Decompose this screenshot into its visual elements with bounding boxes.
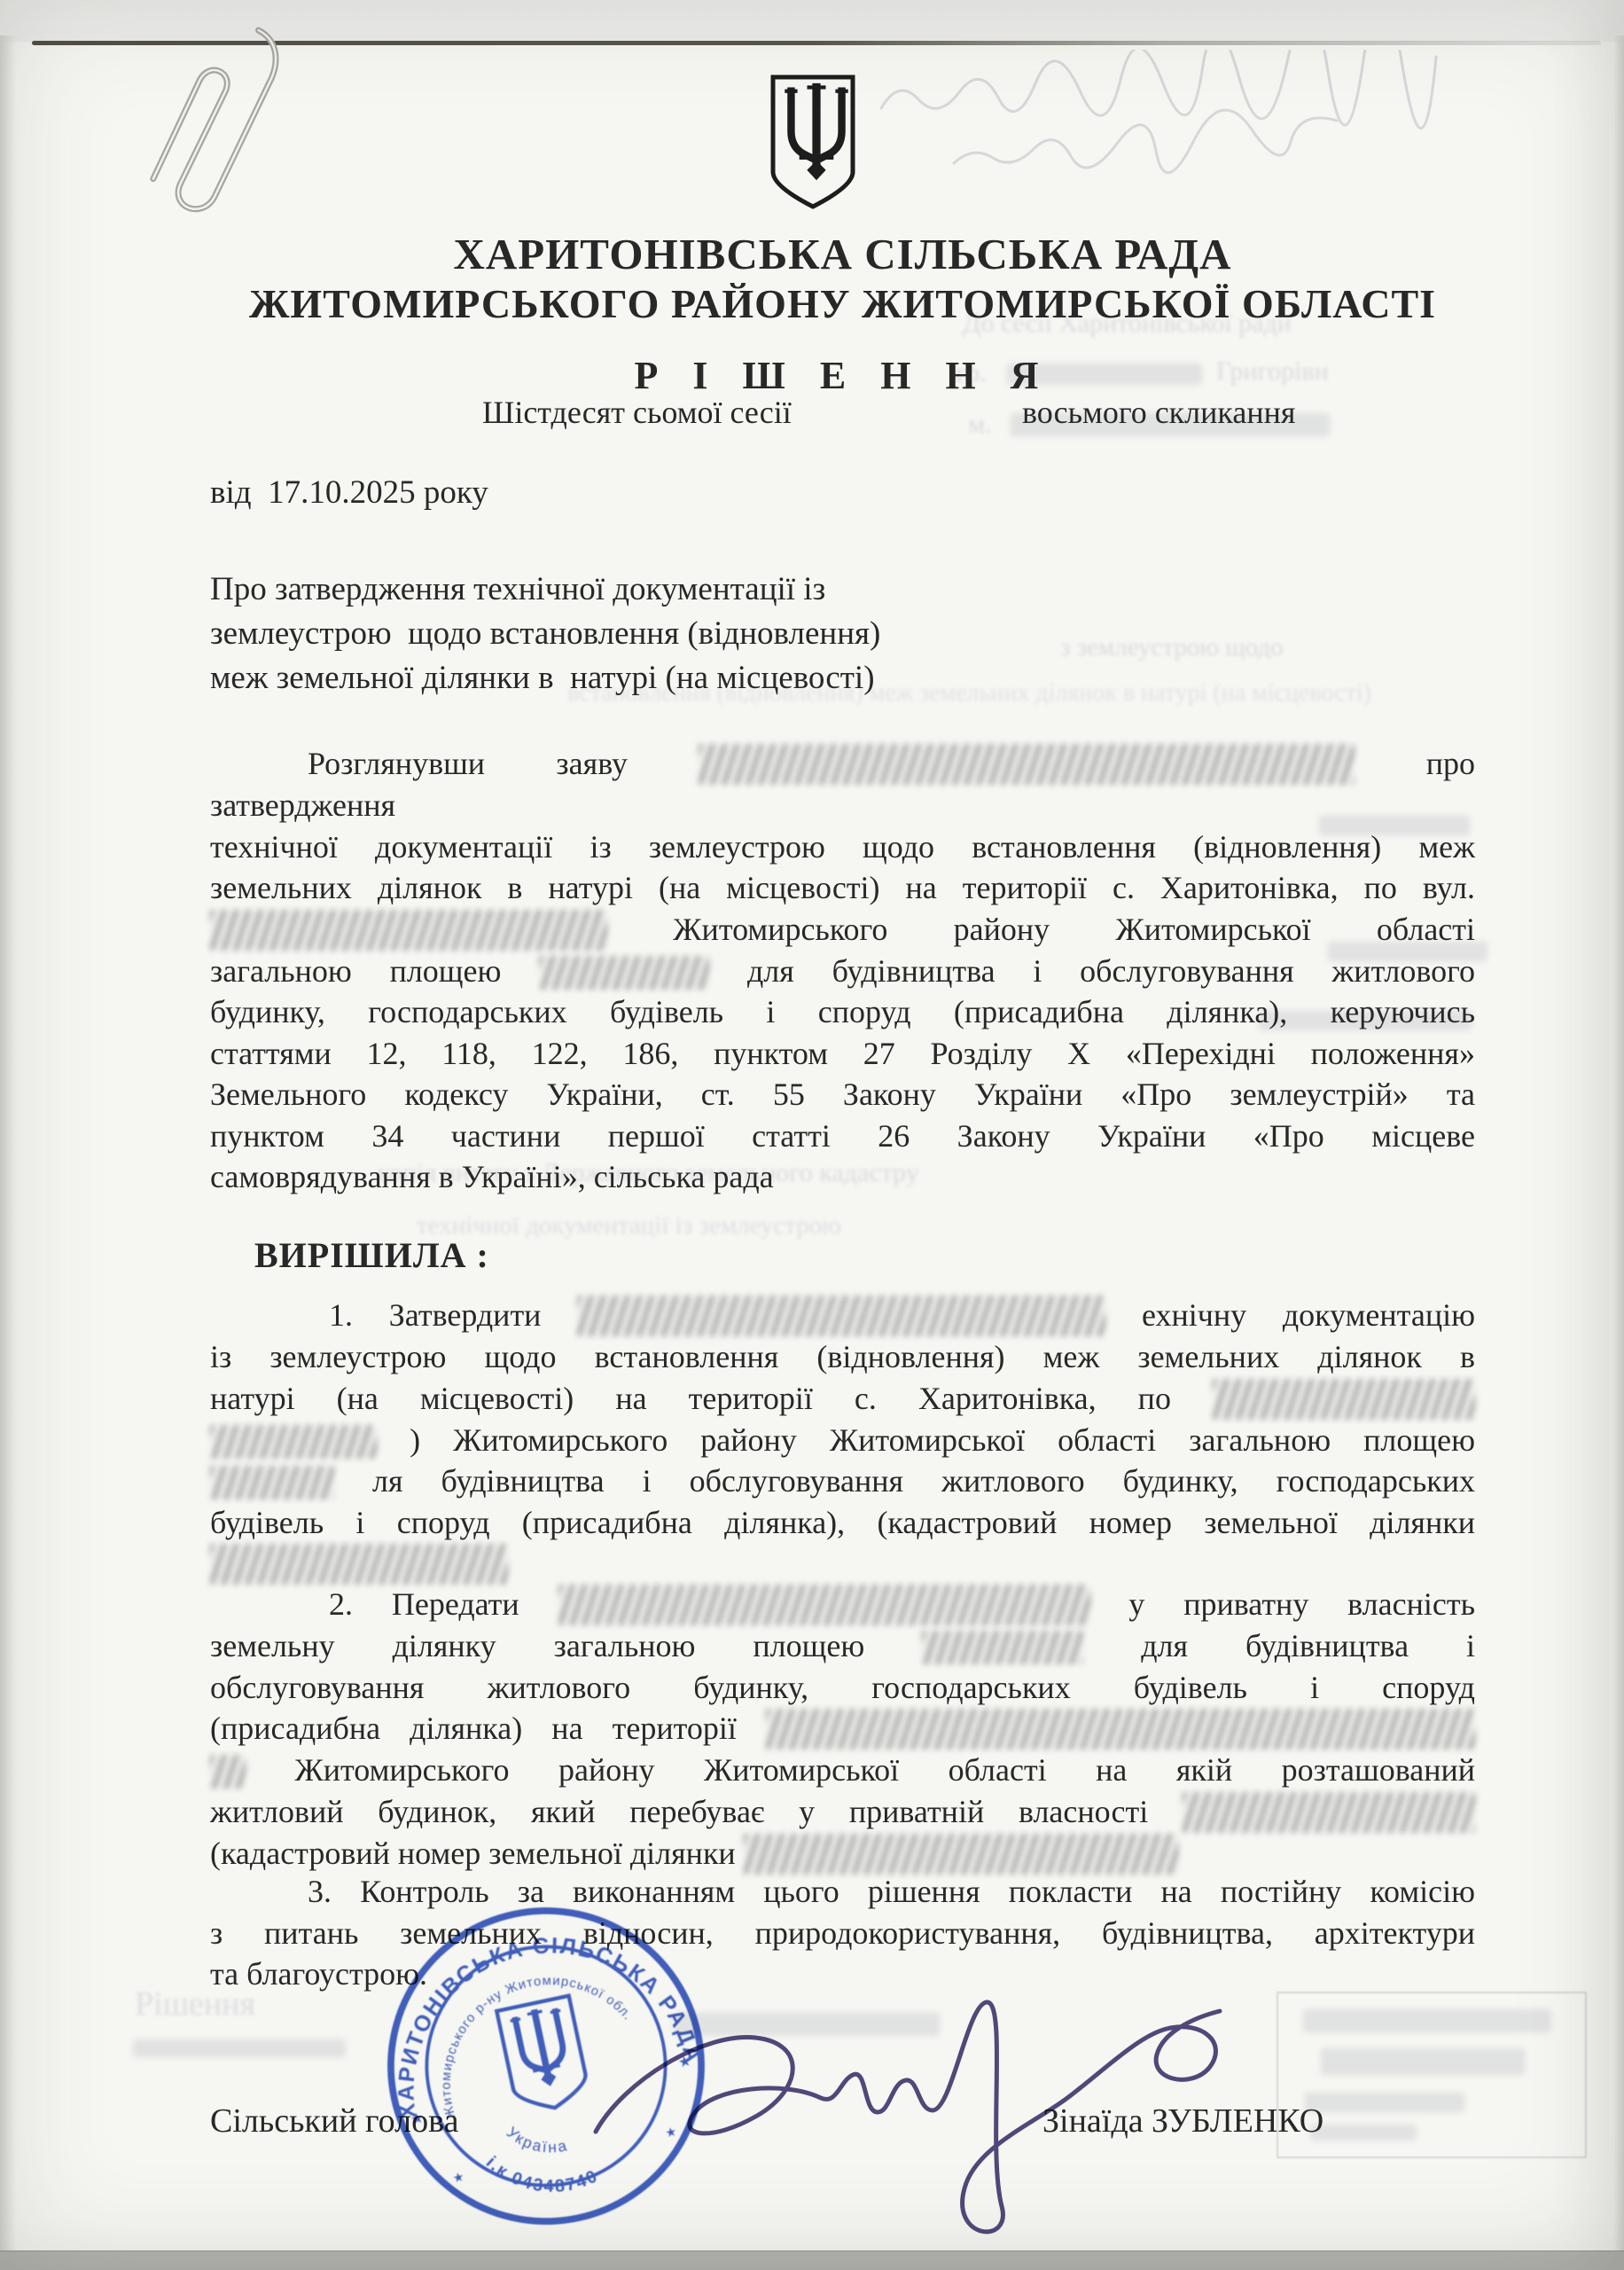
svg-text:Україна: Україна	[501, 2113, 570, 2166]
item-text: обслуговування житлового будинку, господ…	[210, 1667, 1475, 1709]
document-type-title: Р І Ш Е Н Н Я	[210, 353, 1475, 398]
page-right-edge-shadow	[1613, 35, 1624, 2270]
org-name-line2: ЖИТОМИРСЬКОГО РАЙОНУ ЖИТОМИРСЬКОЇ ОБЛАСТ…	[210, 280, 1475, 327]
subject-line: землеустрою щодо встановлення (відновлен…	[210, 612, 1475, 656]
handwritten-signature	[571, 1947, 1271, 2249]
resolved-heading: ВИРІШИЛА :	[254, 1234, 489, 1276]
item-text: натурі (на місцевості) на території с. Х…	[210, 1381, 1171, 1416]
preamble-text: Земельного кодексу України, ст. 55 Закон…	[210, 1074, 1475, 1115]
item-text: 1. Затвердити	[329, 1297, 541, 1333]
item-text: земельну ділянку загальною площею	[210, 1628, 864, 1663]
redaction-blur	[577, 1295, 1105, 1336]
redaction-blur	[1183, 1792, 1475, 1833]
preamble-text: технічної документації із землеустрою що…	[210, 826, 1475, 868]
session-line: Шістдесят сьомої сесії восьмого скликанн…	[210, 394, 1475, 438]
stamp-star: ★	[410, 2110, 426, 2128]
redaction-blur	[210, 1425, 377, 1459]
item-1: 1. Затвердити ехнічну документацію із зе…	[210, 1295, 1475, 1585]
item-text: 2. Передати	[329, 1586, 519, 1622]
item-text: ля будівництва і обслуговування житловог…	[372, 1463, 1475, 1499]
preamble-text: загальною площею	[210, 953, 501, 989]
redaction-blur	[210, 1755, 246, 1789]
item-text: для будівництва і	[1141, 1628, 1475, 1663]
redaction-blur	[539, 956, 709, 990]
org-name-line1: ХАРИТОНІВСЬКА СІЛЬСЬКА РАДА	[210, 229, 1475, 279]
scanned-document-page: До сесії Харитонівської ради гр. Григорі…	[0, 0, 1624, 2270]
item-text: у приватну власність	[1128, 1586, 1475, 1622]
page-left-edge-shadow	[0, 35, 16, 2270]
preamble-text: земельних ділянок в натурі (на місцевост…	[210, 867, 1475, 909]
subject-line: меж земельної ділянки в натурі (на місце…	[210, 656, 1475, 701]
item-text: будівель і споруд (присадибна ділянка), …	[210, 1502, 1475, 1544]
redaction-blur	[766, 1709, 1475, 1749]
redaction-blur	[1213, 1379, 1475, 1420]
date-line: від 17.10.2025 року	[210, 474, 1475, 512]
scanner-bottom-strip	[0, 2250, 1624, 2270]
item-text: із землеустрою щодо встановлення (віднов…	[210, 1336, 1475, 1378]
item-text: ) Житомирського району Житомирської обла…	[410, 1422, 1475, 1458]
item-2: 2. Передати у приватну власність земельн…	[210, 1584, 1475, 1875]
subject-line: Про затвердження технічної документації …	[210, 567, 1475, 612]
preamble-text: самоврядування в Україні», сільська рада	[210, 1156, 1475, 1198]
session-convocation: восьмого скликання	[1022, 394, 1295, 431]
ukraine-trident-emblem	[768, 73, 858, 211]
redaction-blur	[922, 1631, 1083, 1664]
redaction-blur	[210, 1544, 508, 1585]
redaction-blur	[210, 1466, 334, 1499]
item-text: ехнічну документацію	[1142, 1297, 1475, 1333]
item-text: (присадибна ділянка) на території	[210, 1710, 737, 1746]
show-through-mark	[133, 2039, 346, 2057]
preamble-text: будинку, господарських будівель і споруд…	[210, 991, 1475, 1033]
preamble-text: статтями 12, 118, 122, 186, пунктом 27 Р…	[210, 1033, 1475, 1075]
redaction-blur	[210, 910, 607, 951]
redaction-blur	[558, 1585, 1090, 1625]
redaction-blur	[744, 1834, 1178, 1875]
preamble-text: Розглянувши заяву	[308, 746, 628, 781]
stamp-star: ★	[452, 2170, 466, 2186]
subject-block: Про затвердження технічної документації …	[210, 567, 1475, 701]
session-number: Шістдесят сьомої сесії	[482, 394, 792, 431]
preamble: Розглянувши заяву про затвердження техні…	[210, 743, 1475, 1198]
item-text: 3. Контроль за виконанням цього рішення …	[210, 1871, 1475, 1913]
item-text: житловий будинок, який перебуває у прива…	[210, 1794, 1148, 1829]
preamble-text: для будівництва і обслуговування житлово…	[747, 953, 1475, 989]
item-text: Житомирського району Житомирської област…	[294, 1752, 1475, 1788]
preamble-text: Житомирського району Житомирської област…	[673, 912, 1475, 947]
stamp-country-text: Україна	[501, 2113, 570, 2166]
item-text: (кадастровий номер земельної ділянки	[210, 1836, 736, 1871]
document-body: ХАРИТОНІВСЬКА СІЛЬСЬКА РАДА ЖИТОМИРСЬКОГ…	[210, 0, 1475, 90]
redaction-blur	[699, 744, 1355, 785]
preamble-text: пунктом 34 частини першої статті 26 Зако…	[210, 1115, 1475, 1157]
